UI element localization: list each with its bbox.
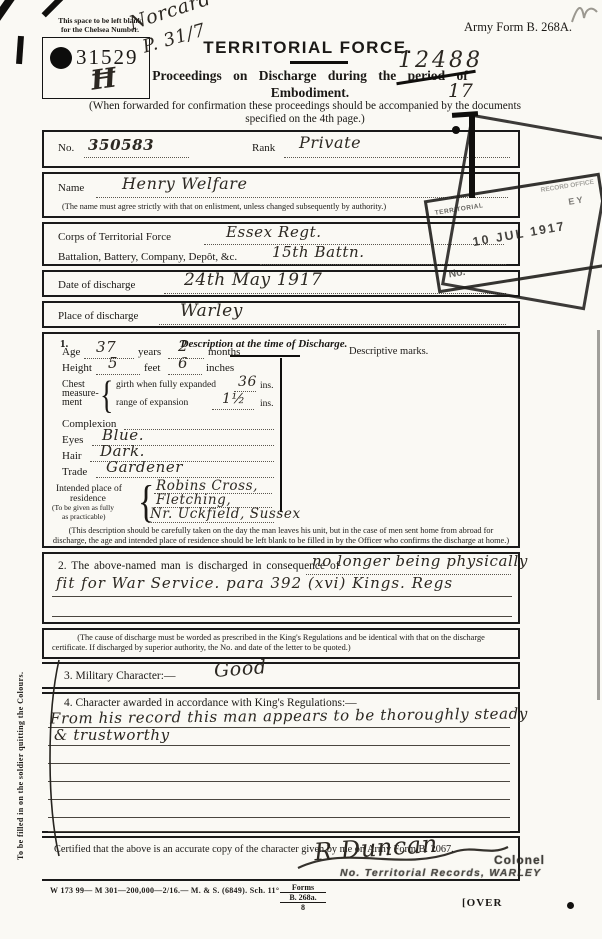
expansion-value: 1½ bbox=[222, 392, 246, 406]
ink-stroke bbox=[469, 116, 475, 198]
column-divider bbox=[280, 358, 282, 512]
stamp-date: 10 JUL 1917 bbox=[433, 212, 602, 256]
stamp-line-partial: E Y bbox=[568, 195, 584, 207]
no-value: 350583 bbox=[88, 138, 154, 153]
ink-dot bbox=[50, 47, 72, 69]
ruled-line bbox=[48, 817, 510, 818]
field-line bbox=[84, 157, 189, 158]
office-stamp: No. Territorial Records, WARLEY bbox=[340, 867, 541, 879]
expansion-label: range of expansion bbox=[116, 398, 188, 409]
row-description-section: 1. Description at the time of Discharge.… bbox=[42, 332, 520, 548]
stamp-line-left: TERRITORIAL bbox=[434, 202, 484, 217]
over-label: [OVER bbox=[462, 897, 502, 910]
side-caption: To be filled in on the soldier quitting … bbox=[16, 648, 25, 860]
row-character-awarded: 4. Character awarded in accordance with … bbox=[42, 692, 520, 833]
ruled-line bbox=[48, 831, 510, 832]
age-value: 37 bbox=[96, 340, 116, 355]
section2-value-line1: no longer being physically bbox=[312, 554, 528, 569]
ink-blob bbox=[452, 126, 460, 134]
row-military-character: 3. Military Character:— Good bbox=[42, 662, 520, 689]
corner-mark bbox=[16, 36, 24, 64]
section2-lead: 2. The above-named man is discharged in … bbox=[58, 560, 340, 573]
place-label: Place of discharge bbox=[58, 310, 138, 322]
hair-label: Hair bbox=[62, 450, 82, 462]
field-line bbox=[164, 293, 506, 294]
forms-reference-top: Forms bbox=[280, 883, 326, 893]
girth-value: 36 bbox=[238, 375, 257, 389]
name-label: Name bbox=[58, 182, 84, 194]
trade-value: Gardener bbox=[106, 460, 183, 475]
row-number-rank: No. 350583 Rank Private bbox=[42, 130, 520, 168]
scanned-document-page: This space to be left blank for the Chel… bbox=[0, 0, 602, 939]
eyes-label: Eyes bbox=[62, 434, 83, 446]
description-note-line2: discharge, the age and intended place of… bbox=[48, 536, 514, 546]
ruled-line bbox=[48, 745, 510, 746]
stamp-line-right: RECORD OFFICE bbox=[540, 179, 594, 195]
section2-value-line2: fit for War Service. para 392 (xvi) King… bbox=[56, 576, 453, 591]
rank-stamp: Colonel bbox=[494, 854, 545, 868]
section4-value-line1: From his record this man appears to be t… bbox=[50, 706, 528, 726]
girth-label: girth when fully expanded bbox=[116, 380, 216, 391]
forward-note-line1: (When forwarded for confirmation these p… bbox=[45, 100, 565, 113]
page-edge-shadow bbox=[597, 330, 600, 700]
forms-reference: Forms B. 268a. 8 bbox=[280, 883, 326, 913]
corps-value: Essex Regt. bbox=[226, 225, 322, 240]
battalion-label: Battalion, Battery, Company, Depôt, &c. bbox=[58, 251, 237, 263]
row-discharge-cause: 2. The above-named man is discharged in … bbox=[42, 552, 520, 624]
description-note-line1: (This description should be carefully ta… bbox=[48, 526, 514, 536]
field-line bbox=[159, 324, 506, 325]
army-form-number: Army Form B. 268A. bbox=[400, 20, 572, 34]
height-label: Height bbox=[62, 362, 92, 374]
feet-label: feet bbox=[144, 362, 160, 374]
ins-label: ins. bbox=[260, 381, 273, 392]
title-rule bbox=[290, 61, 348, 64]
corner-mark bbox=[42, 0, 69, 17]
row-place-of-discharge: Place of discharge Warley bbox=[42, 301, 520, 328]
battalion-value: 15th Battn. bbox=[272, 245, 365, 260]
pencil-mark bbox=[570, 2, 600, 26]
months-label: months bbox=[208, 346, 240, 358]
ins-label-2: ins. bbox=[260, 399, 273, 410]
field-line bbox=[124, 429, 274, 430]
residence-label-4: as practicable) bbox=[62, 513, 106, 522]
row-cause-note: (The cause of discharge must be worded a… bbox=[42, 628, 520, 659]
section3-label: 3. Military Character:— bbox=[64, 670, 175, 683]
field-line bbox=[148, 522, 274, 523]
name-value: Henry Welfare bbox=[122, 176, 248, 192]
ruled-line bbox=[48, 799, 510, 800]
handwritten-ref-top: 12488 bbox=[398, 50, 483, 72]
ruled-line bbox=[52, 596, 512, 597]
inches-label: inches bbox=[206, 362, 234, 374]
hair-value: Dark. bbox=[100, 444, 145, 459]
height-feet-value: 5 bbox=[108, 356, 118, 371]
forms-reference-mid: B. 268a. bbox=[280, 893, 326, 903]
age-months-value: 2 bbox=[178, 339, 188, 354]
years-label: years bbox=[138, 346, 161, 358]
date-label: Date of discharge bbox=[58, 279, 135, 291]
chest-brace: { bbox=[100, 377, 113, 416]
forms-reference-bottom: 8 bbox=[280, 903, 326, 912]
handwritten-ref-bottom: 17 bbox=[448, 82, 473, 101]
trade-label: Trade bbox=[62, 466, 87, 478]
chest-label-3: ment bbox=[62, 397, 82, 409]
ink-dot-small bbox=[567, 902, 574, 909]
ruled-line bbox=[48, 763, 510, 764]
field-line bbox=[212, 409, 254, 410]
printer-imprint: W 173 99— M 301—200,000—2/16.— M. & S. (… bbox=[50, 886, 279, 895]
section-brace bbox=[46, 658, 62, 858]
age-label: Age bbox=[62, 346, 80, 358]
field-line bbox=[168, 374, 202, 375]
height-inches-value: 6 bbox=[178, 356, 188, 371]
place-value: Warley bbox=[180, 303, 243, 320]
cause-note-line1: (The cause of discharge must be worded a… bbox=[48, 633, 514, 643]
heading-rule bbox=[230, 355, 300, 357]
date-value: 24th May 1917 bbox=[184, 272, 322, 289]
ruled-line bbox=[48, 781, 510, 782]
section4-value-line2: & trustworthy bbox=[54, 728, 170, 743]
residence-value-3: Nr. Uckfield, Sussex bbox=[150, 508, 301, 522]
section3-value: Good bbox=[213, 658, 267, 681]
eyes-value: Blue. bbox=[102, 428, 144, 443]
corner-mark bbox=[0, 0, 17, 30]
corps-label: Corps of Territorial Force bbox=[58, 231, 171, 243]
descriptive-marks-label: Descriptive marks. bbox=[349, 346, 428, 358]
rank-label: Rank bbox=[252, 142, 275, 154]
rank-value: Private bbox=[299, 135, 361, 151]
ruled-line bbox=[52, 616, 512, 617]
row-certification: Certified that the above is an accurate … bbox=[42, 836, 520, 881]
stamp-no-label: No. bbox=[448, 266, 467, 281]
no-label: No. bbox=[58, 142, 74, 154]
cause-note-line2: certificate. If discharged by superior a… bbox=[52, 643, 512, 653]
